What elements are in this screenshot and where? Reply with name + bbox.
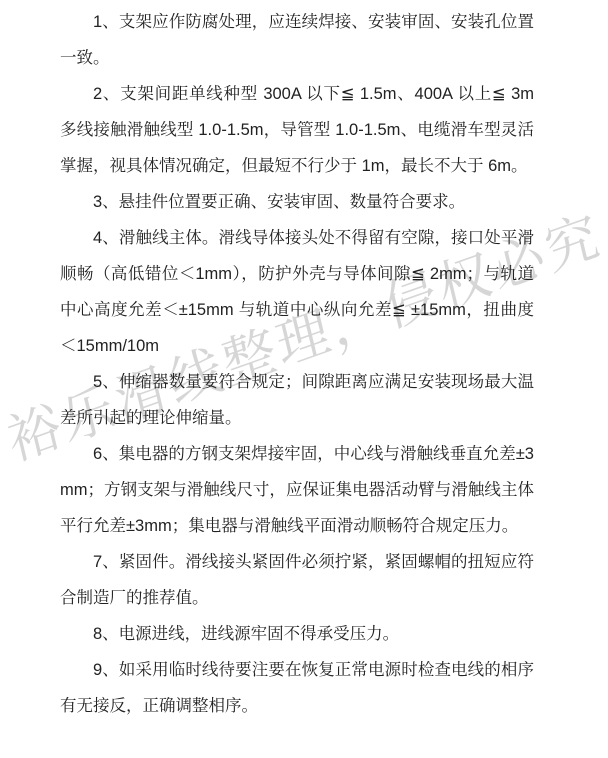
document-page: 裕乐滑线整理，侵权必究 1、支架应作防腐处理，应连续焊接、安装审固、安装孔位置一… xyxy=(0,0,608,758)
paragraph-8: 8、电源进线，进线源牢固不得承受压力。 xyxy=(60,616,534,652)
paragraph-6: 6、集电器的方钢支架焊接牢固，中心线与滑触线垂直允差±3mm；方钢支架与滑触线尺… xyxy=(60,436,534,544)
paragraph-9: 9、如采用临时线待要注要在恢复正常电源时检查电线的相序有无接反，正确调整相序。 xyxy=(60,652,534,724)
paragraph-1: 1、支架应作防腐处理，应连续焊接、安装审固、安装孔位置一致。 xyxy=(60,4,534,76)
document-text-block: 1、支架应作防腐处理，应连续焊接、安装审固、安装孔位置一致。 2、支架间距单线种… xyxy=(60,4,534,724)
paragraph-5: 5、伸缩器数量要符合规定；间隙距离应满足安装现场最大温差所引起的理论伸缩量。 xyxy=(60,364,534,436)
paragraph-7: 7、紧固件。滑线接头紧固件必须拧紧，紧固螺帽的扭短应符合制造厂的推荐值。 xyxy=(60,544,534,616)
paragraph-4: 4、滑触线主体。滑线导体接头处不得留有空隙，接口处平滑顺畅（高低错位＜1mm），… xyxy=(60,220,534,364)
paragraph-3: 3、悬挂件位置要正确、安装审固、数量符合要求。 xyxy=(60,184,534,220)
paragraph-2: 2、支架间距单线种型 300A 以下≦ 1.5m、400A 以上≦ 3m 多线接… xyxy=(60,76,534,184)
